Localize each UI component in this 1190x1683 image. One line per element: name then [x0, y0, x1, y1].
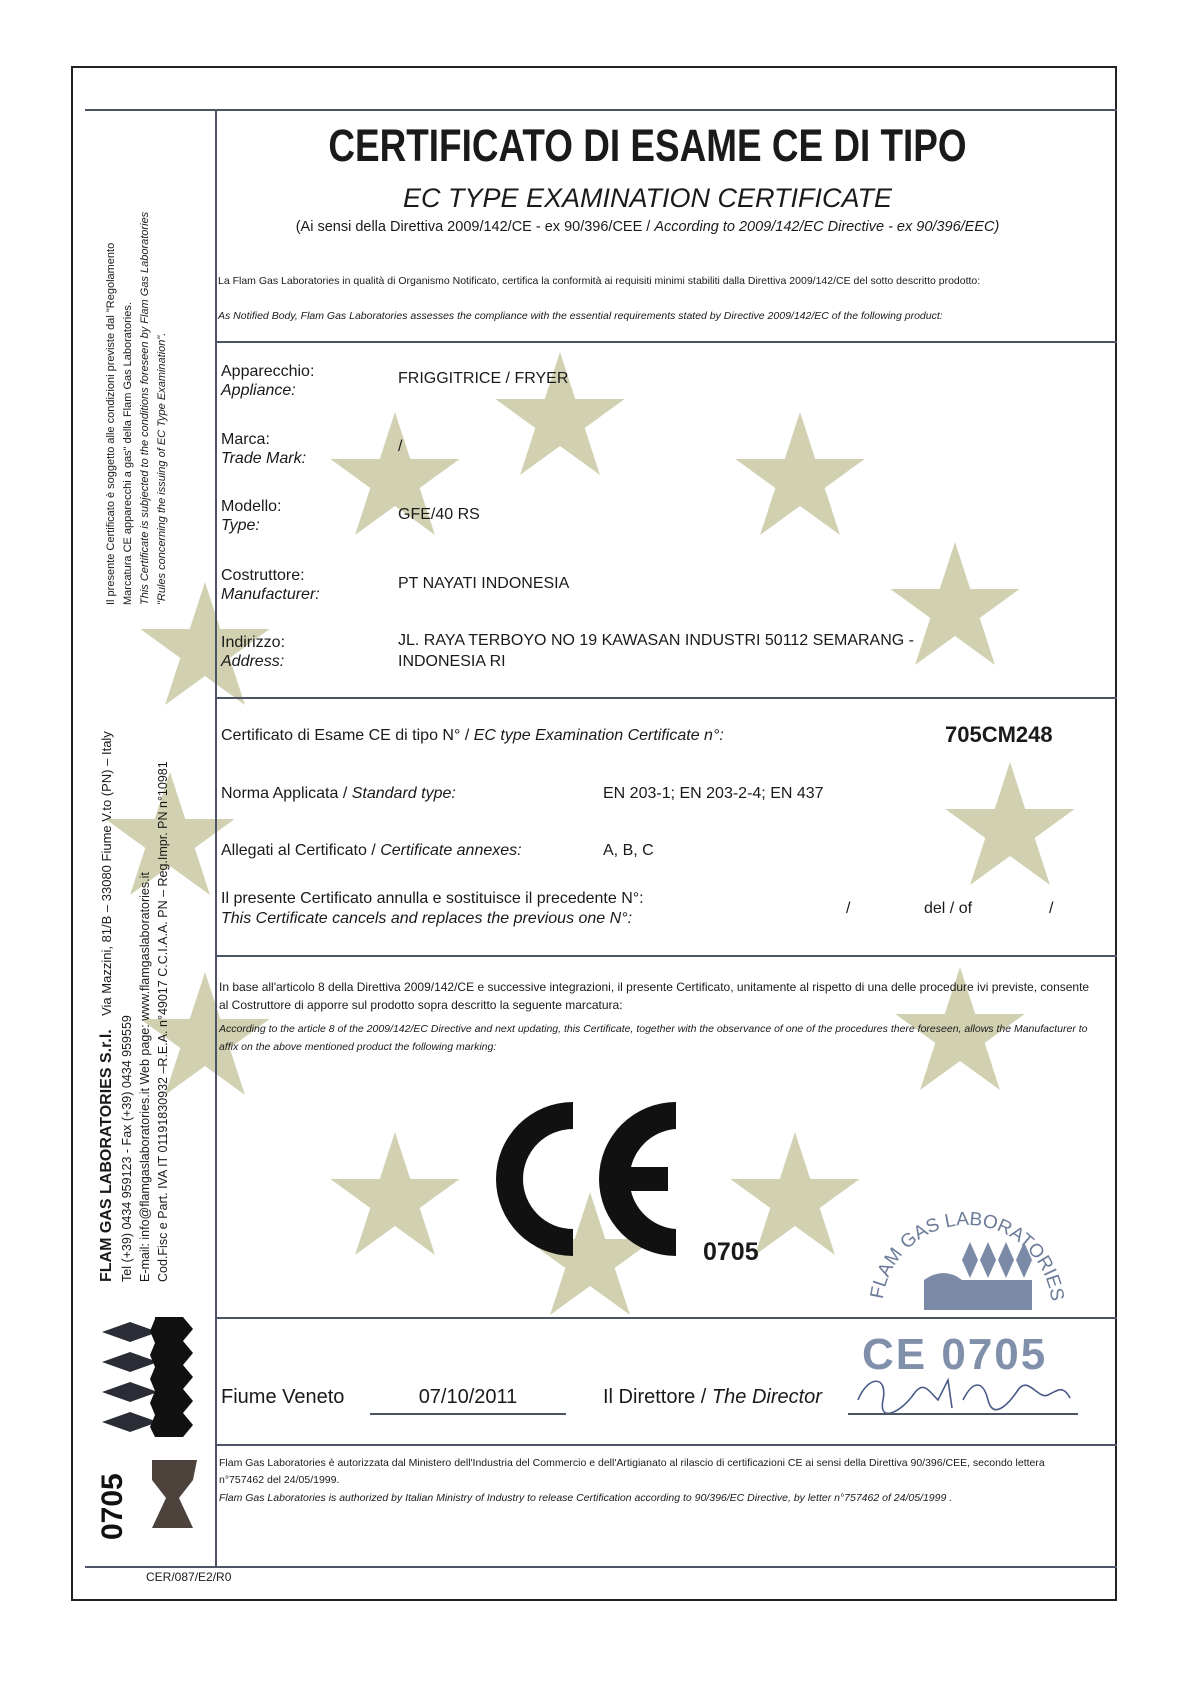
- page-subtitle: EC TYPE EXAMINATION CERTIFICATE: [215, 183, 1080, 214]
- notified-body-number: 0705: [703, 1238, 759, 1267]
- product-divider: [215, 697, 1117, 699]
- trade-mark-value: /: [398, 438, 402, 456]
- intro-it: La Flam Gas Laboratories in qualità di O…: [218, 275, 980, 287]
- annexes-label: Allegati al Certificato / Certificate an…: [221, 842, 522, 860]
- sidebar-phone: Tel (+39) 0434 959123 - Fax (+39) 0434 9…: [120, 1015, 134, 1282]
- appliance-value: FRIGGITRICE / FRYER: [398, 370, 568, 388]
- address-label: Indirizzo:Address:: [221, 633, 285, 671]
- document-code: CER/087/E2/R0: [146, 1570, 231, 1584]
- type-value: GFE/40 RS: [398, 506, 480, 524]
- sidebar-divider: [215, 109, 217, 1566]
- intro-en: As Notified Body, Flam Gas Laboratories …: [218, 310, 943, 322]
- page-title: CERTIFICATO DI ESAME CE DI TIPO: [293, 120, 1002, 172]
- appliance-label: Apparecchio:Appliance:: [221, 362, 314, 400]
- director-label: Il Direttore / The Director: [603, 1386, 822, 1409]
- type-label: Modello:Type:: [221, 497, 281, 535]
- certificate-number: 705CM248: [945, 722, 1053, 748]
- top-rule: [85, 109, 1117, 111]
- manufacturer-value: PT NAYATI INDONESIA: [398, 575, 569, 593]
- directive-en: According to 2009/142/EC Directive - ex …: [654, 219, 999, 235]
- ce-mark-icon: [488, 1094, 688, 1264]
- director-signature-icon: [848, 1370, 1078, 1420]
- replaces-label-en: This Certificate cancels and replaces th…: [221, 910, 632, 928]
- footer-divider: [85, 1566, 1117, 1568]
- flam-gas-logo-icon: 0705: [90, 1315, 200, 1545]
- address-value-line2: INDONESIA RI: [398, 653, 506, 671]
- logo-number: 0705: [96, 1473, 129, 1540]
- address-value-line1: JL. RAYA TERBOYO NO 19 KAWASAN INDUSTRI …: [398, 632, 914, 650]
- authorization-text-en: Flam Gas Laboratories is authorized by I…: [219, 1490, 1079, 1507]
- authorization-text-it: Flam Gas Laboratories è autorizzata dal …: [219, 1455, 1079, 1489]
- del-of-value: /: [1049, 900, 1053, 918]
- sidebar-conditions-2: Marcatura CE apparecchi a gas" della Fla…: [122, 302, 134, 605]
- signature-place: Fiume Veneto: [221, 1386, 344, 1409]
- lab-stamp-icon: FLAM GAS LABORATORIES S.r.l.: [862, 1180, 1072, 1320]
- sidebar-conditions-4: "Rules concerning the issuing of EC Type…: [156, 333, 168, 605]
- trade-mark-label: Marca:Trade Mark:: [221, 430, 306, 468]
- sidebar-conditions-3: This Certificate is subjected to the con…: [139, 212, 151, 605]
- sidebar-fiscal: Cod.Fisc e Part. IVA IT 01191830932 –R.E…: [156, 761, 170, 1282]
- replaces-value: /: [846, 900, 850, 918]
- signature-date: 07/10/2011: [370, 1386, 566, 1415]
- directive-it: (Ai sensi della Direttiva 2009/142/CE - …: [296, 219, 655, 235]
- annexes-value: A, B, C: [603, 842, 654, 860]
- sidebar-email: E-mail: info@flamgaslaboratories.it Web …: [138, 872, 152, 1282]
- certificate-number-label: Certificato di Esame CE di tipo N° / EC …: [221, 727, 724, 745]
- certificate-divider: [215, 955, 1117, 957]
- replaces-label-it: Il presente Certificato annulla e sostit…: [221, 890, 644, 908]
- marking-text-it: In base all'articolo 8 della Direttiva 2…: [219, 978, 1099, 1014]
- intro-divider: [215, 341, 1117, 343]
- sidebar-conditions-1: Il presente Certificato è soggetto alle …: [105, 243, 117, 605]
- standard-value: EN 203-1; EN 203-2-4; EN 437: [603, 785, 824, 803]
- del-of-label: del / of: [924, 900, 972, 918]
- marking-text-en: According to the article 8 of the 2009/1…: [219, 1020, 1099, 1056]
- directive-reference: (Ai sensi della Direttiva 2009/142/CE - …: [215, 219, 1080, 235]
- manufacturer-label: Costruttore:Manufacturer:: [221, 566, 320, 604]
- standard-label: Norma Applicata / Standard type:: [221, 785, 456, 803]
- sidebar-company: FLAM GAS LABORATORIES S.r.l. Via Mazzini…: [98, 731, 116, 1282]
- signature-divider: [215, 1444, 1117, 1446]
